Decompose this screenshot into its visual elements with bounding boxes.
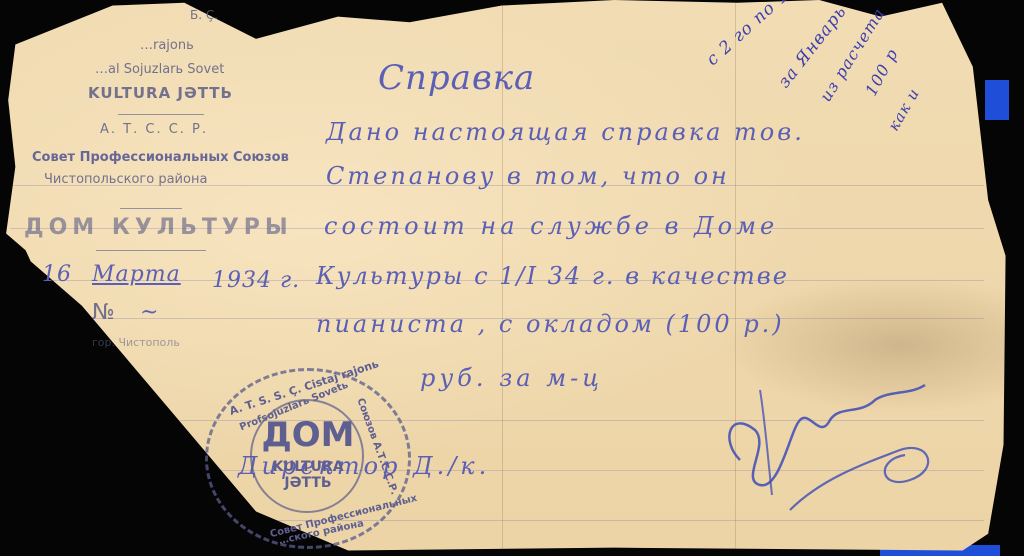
stamp-line-3: …al Sojuzlarь Sovet (95, 62, 224, 77)
stamp-line-8: ДОМ КУЛЬТУРЫ (24, 215, 293, 240)
document-title: Справка (378, 58, 535, 98)
stamp-divider (118, 114, 204, 115)
stamp-line-4: KULTURA JƏTTЬ (88, 84, 233, 102)
round-stamp-center-3: JƏTTЬ (208, 475, 408, 491)
body-line: Дано настоящая справка тов. (326, 118, 805, 146)
stamp-divider (120, 208, 182, 209)
round-stamp: A. T. S. S. Ç. Cistaj rajonь Profsojuzla… (205, 368, 411, 549)
stamp-line-7: Чистопольского района (44, 172, 207, 187)
date-day: 16 (42, 262, 72, 287)
body-line: Культуры с 1/I 34 г. в качестве (316, 262, 789, 290)
stamp-line-6: Совет Профессиональных Союзов (32, 150, 289, 165)
stamp-divider (96, 250, 206, 251)
stamp-line-1: Б. Ç. (190, 8, 218, 22)
number-label: № (92, 300, 115, 325)
stamp-line-5: А. Т. С. С. Р. (100, 122, 208, 137)
ruled-line (10, 520, 984, 521)
body-line: состоит на службе в Доме (324, 212, 778, 240)
body-line: пианиста , с окладом (100 р.) (316, 310, 785, 338)
number-value: ~ (140, 300, 159, 325)
blue-backing-top (985, 80, 1009, 120)
date-year: 1934 г. (212, 268, 300, 293)
date-month: Марта (92, 262, 181, 287)
stamp-line-2: …rajonь (140, 38, 194, 53)
city-label: гор. Чистополь (92, 336, 180, 349)
body-line: Степанову в том, что он (326, 162, 730, 190)
body-line: руб. за м-ц (420, 364, 603, 392)
